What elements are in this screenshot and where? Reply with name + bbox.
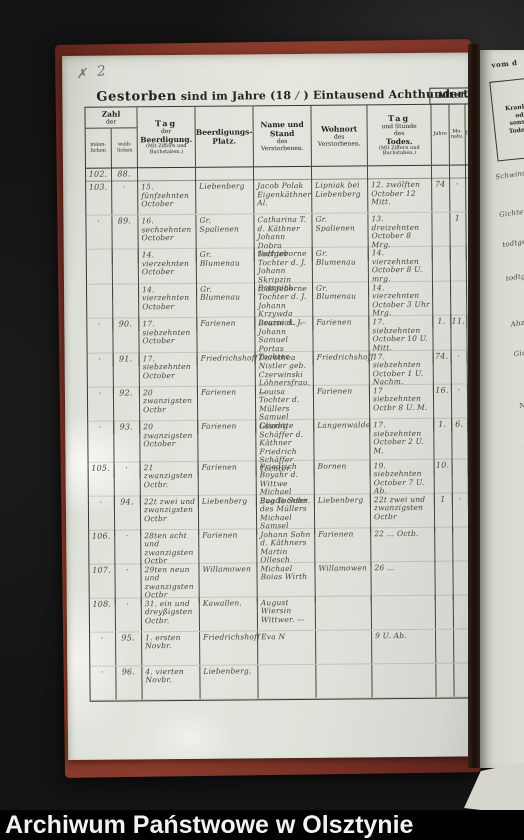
cell-wohnort bbox=[316, 596, 372, 629]
cause-of-death-entry: Schwindsucht. bbox=[495, 161, 524, 181]
archival-photo: ✗2 Gestorben sind im Jahre (18 ∕ ) Einta… bbox=[0, 0, 524, 840]
table-row: 193·89.16. sechzehnten OctoberGr. Spalie… bbox=[86, 212, 476, 250]
table-row: 204·96.4. vierten Novbr.Liebenberg. bbox=[90, 663, 480, 700]
cell-name: August Wiersin Wittwer. — bbox=[258, 597, 316, 631]
pencil-page-number: 2 bbox=[96, 63, 107, 80]
cell-tag: 31. ein und dreyßigsten Octbr. bbox=[142, 598, 200, 632]
table-row: 194.·90.17. siebzehnten OctoberFarienenL… bbox=[87, 316, 477, 354]
cell-wohnort bbox=[316, 664, 372, 697]
cell-j: 74 bbox=[432, 179, 450, 212]
cell-w: 96. bbox=[116, 666, 142, 699]
cell-carryover-w: 88. bbox=[112, 168, 138, 182]
cell-j bbox=[436, 596, 454, 629]
cell-j bbox=[436, 630, 454, 663]
handwritten-year-mark: ∕ bbox=[295, 89, 299, 102]
table-row: 199.·94.22t zwei und zwanzigsten OctbrLi… bbox=[89, 493, 479, 530]
cell-tag: 1. ersten Novbr. bbox=[142, 632, 200, 666]
right-page-content: vom d Krankheit oder sonstige Todesart. … bbox=[480, 50, 524, 747]
cell-name: Jacob Polak Eigenkäthner Al. bbox=[254, 180, 312, 214]
table-row: 195.·91.17. siebzehnten OctoberFriedrich… bbox=[88, 350, 478, 388]
cell-platz: Liebenberg bbox=[196, 180, 254, 214]
column-header-tag-beerdigung: Tag der Beerdigung. (Mit Ziffern und Buc… bbox=[137, 107, 196, 168]
table-row: 196.·92.20 zwanzigsten OctbrFarienenLoui… bbox=[88, 384, 478, 422]
column-header-maennlichen: männ- lichen bbox=[86, 129, 112, 168]
column-header-jahre: Jahre bbox=[431, 105, 450, 165]
cell-carryover-m: 102. bbox=[86, 169, 112, 183]
pencil-mark: ✗ bbox=[75, 66, 88, 82]
column-header-krankheit-todesart: Krankheit oder sonstige Todesart. bbox=[489, 76, 524, 162]
table-header-row: Zahl der männ- lichen weib- lichen bbox=[85, 104, 476, 168]
margin-entry-number: 201. bbox=[86, 568, 88, 577]
cell-tag: 4. vierten Novbr. bbox=[142, 666, 200, 700]
cell-wohnort bbox=[316, 630, 372, 663]
margin-entry-number: 204 bbox=[86, 670, 88, 679]
column-header-monate: Mo- nate. bbox=[449, 104, 466, 164]
cell-tod bbox=[372, 664, 436, 698]
cell-j bbox=[436, 664, 454, 697]
column-header-tag-stunde-todes: Tag und Stunde des Todes. (Mit Ziffern u… bbox=[367, 105, 432, 166]
cause-of-death-entry: Gicht und Abzehrung. bbox=[513, 338, 524, 358]
cell-tod: 12. zwölften October 12 Mitt. bbox=[368, 179, 432, 213]
cell-mo: · bbox=[450, 178, 466, 211]
table-row: 197.·93.20 zwanzigsten OctoberFarienenLa… bbox=[88, 419, 478, 463]
register-right-page: vom d Krankheit oder sonstige Todesart. … bbox=[480, 50, 524, 768]
cell-m: · bbox=[90, 633, 116, 666]
cause-of-death-entry: todtgeboren. bbox=[505, 262, 524, 282]
cell-w: · bbox=[116, 598, 142, 631]
cell-m: 108. bbox=[90, 599, 116, 632]
cause-of-death-entry: Nervenfieber. bbox=[519, 390, 524, 410]
cell-platz: Liebenberg. bbox=[200, 665, 258, 699]
cell-platz: Kawallen. bbox=[200, 597, 258, 631]
column-header-wohnort: Wohnort des Verstorbenen. bbox=[311, 105, 368, 165]
cell-tod: 9 U. Ab. bbox=[372, 630, 436, 664]
cause-of-death-entry: todtgeboren. bbox=[502, 229, 524, 249]
margin-entry-number: 198. bbox=[86, 465, 87, 474]
register-left-page: ✗2 Gestorben sind im Jahre (18 ∕ ) Einta… bbox=[62, 52, 474, 760]
table-row: 198.105.·21 zwanzigsten Octbr.FarienenFr… bbox=[89, 459, 479, 497]
column-header-name-stand: Name und Stand des Verstorbenen. bbox=[253, 106, 312, 167]
table-row: 14. vierzehnten OctoberGr. Blumenautodtg… bbox=[87, 281, 477, 319]
column-header-weiblichen: weib- lichen bbox=[112, 128, 138, 167]
table-row: 200.106.·28ten acht und zwanzigsten Octb… bbox=[89, 527, 479, 564]
cause-of-death-entry: Gichter. bbox=[499, 199, 524, 219]
cause-of-death-entry: Abzehrung. bbox=[510, 308, 524, 328]
table-row: 202.108.·31. ein und dreyßigsten Octbr.K… bbox=[90, 595, 480, 632]
margin-entry-number: 202. bbox=[86, 602, 88, 611]
cell-platz: Friedrichshoff bbox=[200, 631, 258, 665]
right-page-title-fragment: vom d bbox=[491, 59, 518, 70]
archive-caption-text: Archiwum Państwowe w Olsztynie bbox=[0, 810, 524, 840]
table-frame: Alter. Zahl der männ- lichen bbox=[84, 103, 481, 701]
table-row: 192103.·15. fünfzehnten OctoberLiebenber… bbox=[86, 178, 476, 215]
margin-entry-number: 199. bbox=[86, 500, 87, 509]
archive-caption-bar: Archiwum Państwowe w Olsztynie bbox=[0, 810, 524, 840]
cell-wohnort: Lipniak bei Liebenberg bbox=[312, 179, 368, 212]
table-body: 102. 88. 192103.·15. fünfzehnten October… bbox=[86, 165, 481, 700]
table-row: 203·95.1. ersten Novbr.FriedrichshoffEva… bbox=[90, 629, 480, 666]
cell-m: · bbox=[90, 667, 116, 700]
margin-entry-number: 200. bbox=[86, 534, 87, 543]
register-title: Gestorben sind im Jahre (18 ∕ ) Eintause… bbox=[84, 86, 476, 104]
cell-m: 103. bbox=[86, 182, 112, 215]
cell-w: 95. bbox=[116, 632, 142, 665]
cell-tod bbox=[372, 596, 436, 630]
cell-w: · bbox=[112, 181, 138, 214]
pencil-page-note: ✗2 bbox=[75, 64, 106, 82]
cell-name: Eva N bbox=[258, 631, 316, 665]
cell-name bbox=[258, 665, 316, 699]
register-table: Gestorben sind im Jahre (18 ∕ ) Eintause… bbox=[84, 86, 481, 701]
margin-entry-number: 203 bbox=[86, 636, 88, 645]
table-row: 201.107.·29ten neun und zwanzigsten Octb… bbox=[89, 561, 479, 598]
table-row: 14. vierzehnten OctoberGr. Blumenautodtg… bbox=[87, 247, 477, 285]
column-header-zahl: Zahl der männ- lichen weib- lichen bbox=[85, 107, 138, 167]
cell-tag: 15. fünfzehnten October bbox=[138, 181, 196, 215]
column-header-beerdigungsplatz: Beerdigungs- Platz. bbox=[195, 106, 254, 167]
